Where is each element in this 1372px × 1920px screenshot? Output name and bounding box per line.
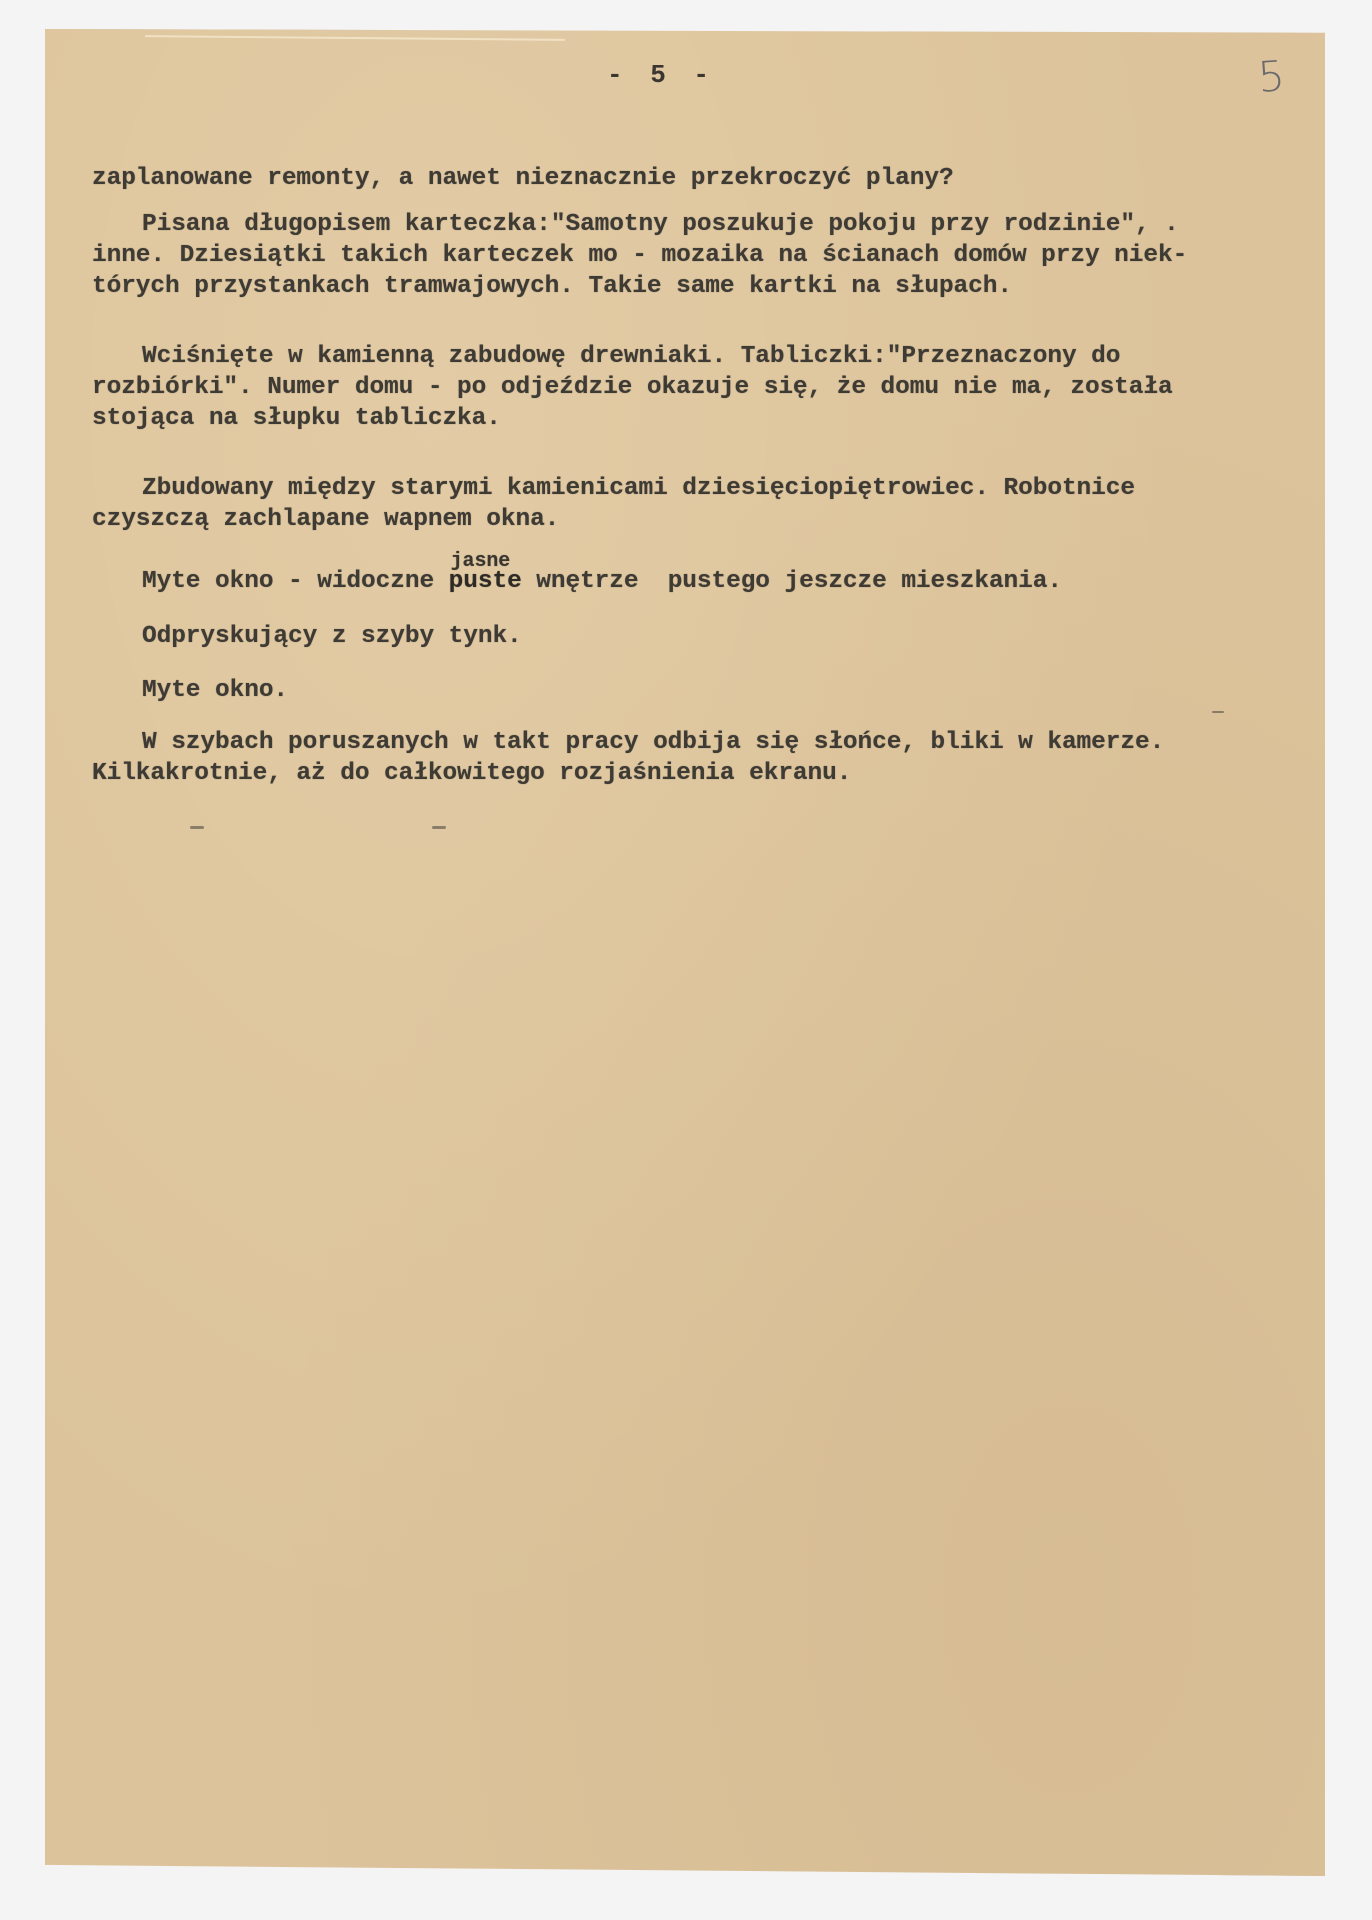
text-line: zaplanowane remonty, a nawet nieznacznie… — [92, 164, 954, 194]
text-line: inne. Dziesiątki takich karteczek mo - m… — [92, 241, 1187, 271]
text-line: stojąca na słupku tabliczka. — [92, 404, 501, 434]
text-line: Zbudowany między starymi kamienicami dzi… — [142, 474, 1135, 504]
ink-speck — [432, 826, 446, 829]
typed-correction: pustejasne — [449, 567, 522, 597]
text-line: tórych przystankach tramwajowych. Takie … — [92, 272, 1012, 302]
typed-page-number: - 5 - — [607, 60, 715, 90]
text-segment: wnętrze pustego jeszcze mieszkania. — [522, 568, 1062, 595]
paper-crease — [145, 27, 565, 41]
text-line: Wciśnięte w kamienną zabudowę drewniaki.… — [142, 342, 1120, 372]
ink-speck — [190, 826, 204, 829]
typewritten-page — [45, 29, 1325, 1876]
text-line: Odpryskujący z szyby tynk. — [142, 622, 522, 652]
handwritten-page-number: 5 — [1256, 51, 1286, 102]
text-line: rozbiórki". Numer domu - po odjeździe ok… — [92, 373, 1173, 403]
text-line: Myte okno. — [142, 676, 288, 706]
ink-speck — [1212, 711, 1224, 713]
inserted-word: jasne — [451, 552, 511, 572]
text-line: czyszczą zachlapane wapnem okna. — [92, 505, 559, 535]
text-line-with-correction: Myte okno - widoczne pustejasne wnętrze … — [142, 567, 1062, 597]
text-line: Kilkakrotnie, aż do całkowitego rozjaśni… — [92, 759, 851, 789]
text-segment: Myte okno - widoczne — [142, 568, 449, 595]
text-line: Pisana długopisem karteczka:"Samotny pos… — [142, 210, 1179, 240]
text-line: W szybach poruszanych w takt pracy odbij… — [142, 728, 1164, 758]
